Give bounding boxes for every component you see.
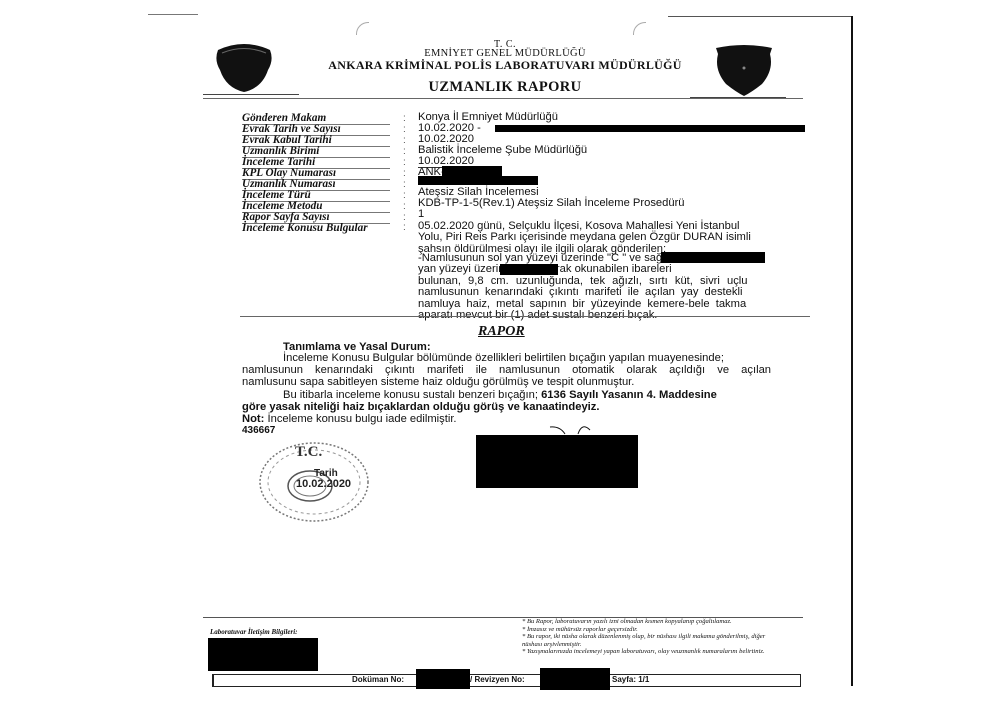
revision-label: / Revizyen No: [470,675,525,684]
footer-note: * Bu rapor, iki nüsha olarak düzenlenmiş… [522,633,782,648]
report-para2: Bu itibarla inceleme konusu sustalı benz… [242,389,717,437]
punch-mark-right [633,22,646,35]
colon: : [403,135,406,146]
findings-text: " ve sağ [622,252,662,264]
findings-intro: 05.02.2020 günü, Selçuklu İlçesi, Kosova… [418,221,810,255]
colon: : [403,190,406,201]
redaction-signature [476,435,638,488]
colon: : [403,146,406,157]
top-border-right [668,16,852,17]
note-text: İnceleme konusu bulgu iade edilmiştir. [264,413,456,425]
colon: : [403,201,406,212]
footer-notes: * Bu Rapor, laboratuvarın yazılı izni ol… [522,618,782,656]
top-border-left [148,14,198,15]
footer-note: * İmzasız ve mühürsüz raporlar geçersizd… [522,626,782,634]
report-line: namlusunu sapa sabitleyen sisteme haiz o… [242,376,812,388]
redaction-marking-left [661,252,765,263]
report-title: UZMANLIK RAPORU [260,79,750,96]
punch-mark-left [356,22,369,35]
stamp-date: 10.02.2020 [296,478,351,490]
findings-line: namlusunun kenarındaki çıkıntı marifeti … [418,287,810,298]
redaction-revision [540,668,610,690]
value-page-count: 1 [418,209,424,220]
header-lab-name: ANKARA KRİMİNAL POLİS LABORATUVARI MÜDÜR… [260,58,750,73]
redaction-doc-number [495,125,805,132]
findings-text: -Namlusunun sol yan yüzeyi üzerinde "C [418,252,619,264]
colon: : [403,124,406,135]
redaction-doc-no [416,669,470,689]
doc-number-label: Doküman No: [352,675,404,684]
conclusion-text: Bu itibarla inceleme konusu sustalı benz… [283,389,541,401]
colon: : [403,113,406,124]
redaction-contact [208,638,318,671]
page-number: Sayfa: 1/1 [612,675,649,684]
findings-description: -Namlusunun sol yan yüzeyi üzerinde "C "… [418,253,810,321]
note-label: Not: [242,413,264,425]
note-line: Not: İnceleme konusu bulgu iade edilmişt… [242,413,717,425]
official-stamp: T.C. Tarih 10.02.2020 [258,441,370,523]
report-line: Bu itibarla inceleme konusu sustalı benz… [242,389,717,401]
conclusion-line2: göre yasak niteliği haiz bıçaklardan old… [242,401,717,413]
report-para1: İnceleme Konusu Bulgular bölümünde özell… [242,352,812,388]
footer-note: * Bu Rapor, laboratuvarın yazılı izni ol… [522,618,782,626]
colon: : [403,222,406,233]
value-exam-method: KDB-TP-1-5(Rev.1) Ateşsiz Silah İnceleme… [418,198,685,209]
conclusion-law-text: 6136 Sayılı Yasanın 4. Maddesine [541,389,717,401]
stamp-tc: T.C. [295,444,322,461]
contact-label: Laboratuvar İletişim Bilgileri: [210,628,298,636]
report-line: İnceleme Konusu Bulgular bölümünde özell… [242,352,812,364]
findings-separator [240,316,810,317]
colon: : [403,168,406,179]
right-border-line [851,16,853,686]
footer-note: * Yazışmalarınızda incelemeyi yapan labo… [522,648,782,656]
header-rule-main [203,98,803,99]
report-line: namlusunun kenarındaki çıkıntı marifeti … [242,364,812,376]
colon: : [403,157,406,168]
colon: : [403,179,406,190]
rapor-heading: RAPOR [478,324,525,340]
redaction-expertise-number [418,176,538,185]
label-findings: İnceleme Konusu Bulgular [242,223,390,234]
redaction-marking-right [500,264,558,275]
